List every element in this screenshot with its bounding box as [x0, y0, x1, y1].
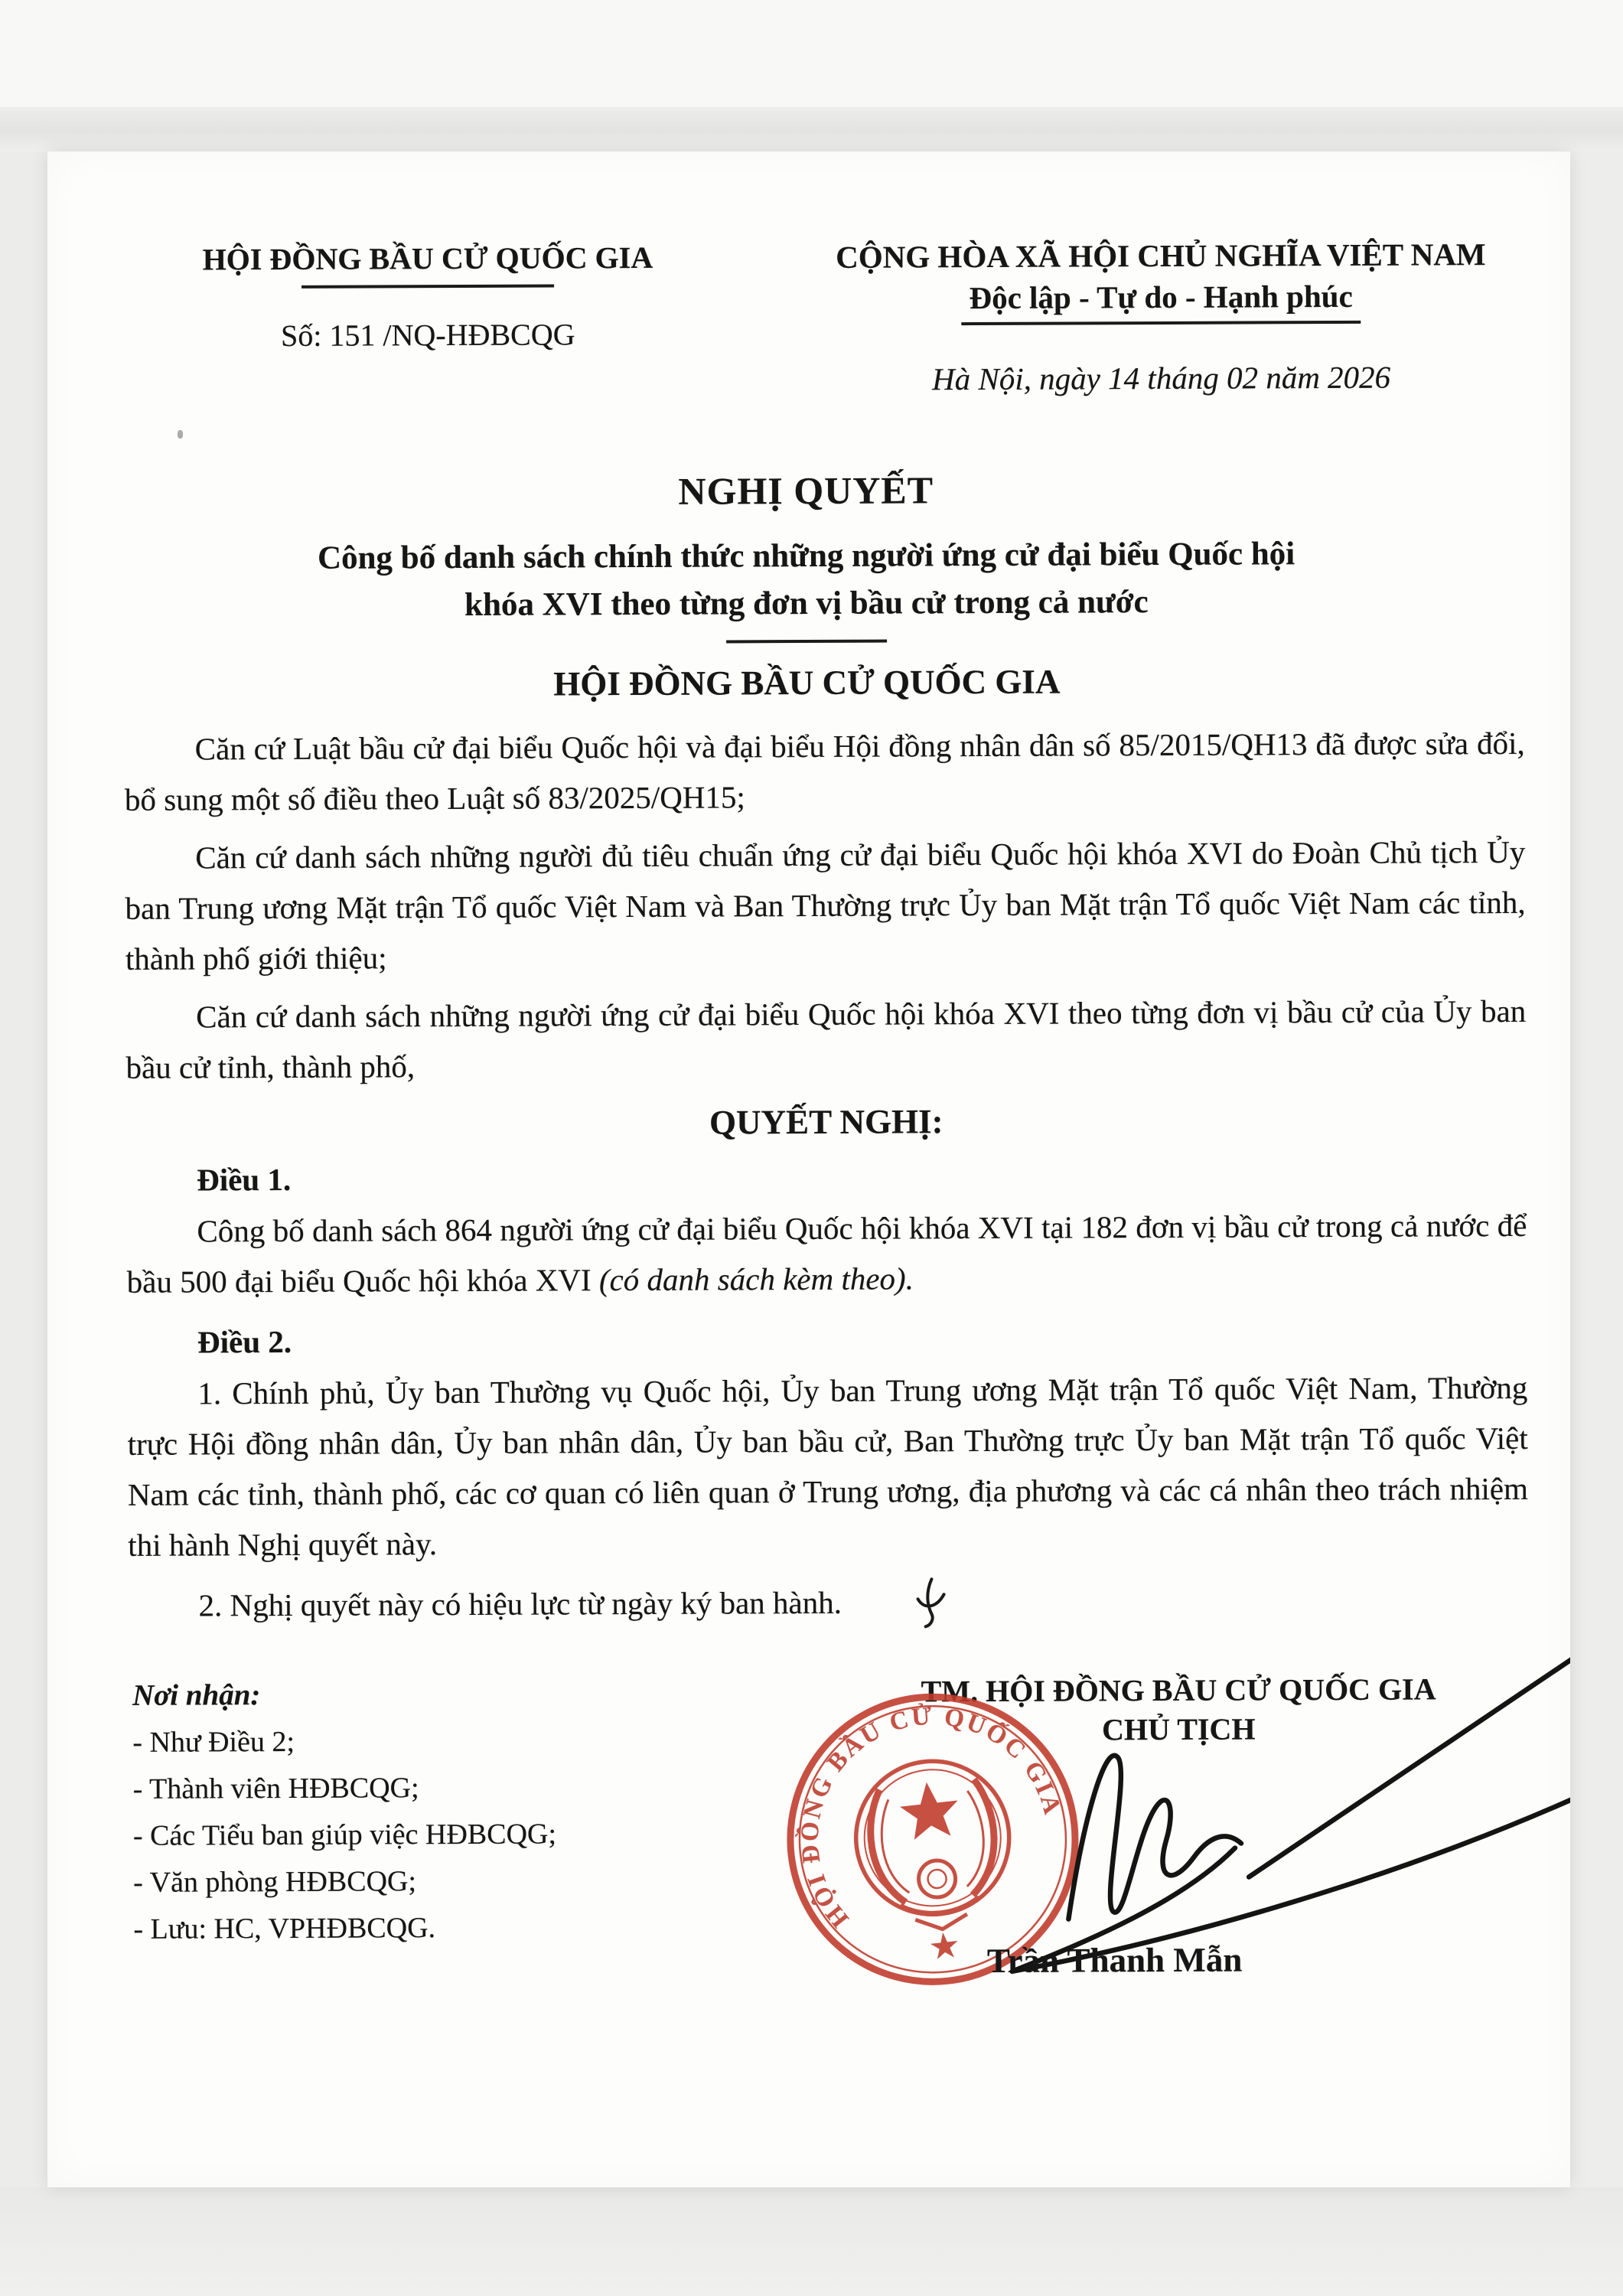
signature-and-recipients-row: Nơi nhận: - Như Điều 2; - Thành viên HĐB…: [50, 1669, 1570, 2151]
article-2-clause-2: 2. Nghị quyết này có hiệu lực từ ngày ký…: [128, 1572, 1528, 1648]
article-1-italic-note: (có danh sách kèm theo).: [599, 1261, 914, 1297]
place-and-date: Hà Nội, ngày 14 tháng 02 năm 2026: [779, 358, 1544, 398]
preamble-paragraph: Căn cứ danh sách những người đủ tiêu chu…: [125, 827, 1526, 984]
issuing-authority-block: HỘI ĐỒNG BẦU CỬ QUỐC GIA Số: 151 /NQ-HĐB…: [183, 238, 673, 401]
signature-block: TM. HỘI ĐỒNG BẦU CỬ QUỐC GIA CHỦ TỊCH HỘ…: [738, 1669, 1567, 2148]
decision-heading: QUYẾT NGHỊ:: [126, 1099, 1527, 1145]
national-header-block: CỘNG HÒA XÃ HỘI CHỦ NGHĨA VIỆT NAM Độc l…: [748, 234, 1544, 399]
subtitle-line-1: Công bố danh sách chính thức những người…: [47, 530, 1568, 584]
national-title: CỘNG HÒA XÃ HỘI CHỦ NGHĨA VIỆT NAM: [778, 234, 1543, 277]
photo-background-top: [0, 0, 1623, 107]
recipient-item: - Văn phòng HĐBCQG;: [133, 1857, 739, 1906]
recipients-label: Nơi nhận:: [132, 1672, 738, 1716]
document-body: Căn cứ Luật bầu cử đại biểu Quốc hội và …: [125, 718, 1529, 1648]
recipients-list: - Như Điều 2; - Thành viên HĐBCQG; - Các…: [132, 1717, 739, 1952]
article-1-label: Điều 1.: [126, 1156, 1527, 1199]
signer-name: Trần Thanh Mẫn: [901, 1939, 1329, 1981]
subtitle-line-2: khóa XVI theo từng đơn vị bầu cử trong c…: [47, 577, 1568, 631]
photo-background-bottom: [0, 2187, 1623, 2296]
document-number: Số: 151 /NQ-HĐBCQG: [183, 316, 673, 354]
article-2-clause-2-text: 2. Nghị quyết này có hiệu lực từ ngày ký…: [198, 1585, 842, 1623]
document-subtitle: Công bố danh sách chính thức những người…: [47, 530, 1568, 631]
article-2-label: Điều 2.: [127, 1318, 1527, 1361]
header-underline: [301, 284, 554, 288]
document-title: NGHỊ QUYẾT: [47, 465, 1567, 517]
article-1-text: Công bố danh sách 864 người ứng cử đại b…: [126, 1200, 1527, 1307]
scan-shadow-band: [0, 107, 1623, 152]
handwritten-flourish: [843, 1574, 947, 1645]
recipient-item: - Các Tiểu ban giúp việc HĐBCQG;: [133, 1810, 739, 1859]
recipient-item: - Như Điều 2;: [132, 1717, 738, 1766]
document-header: HỘI ĐỒNG BẦU CỬ QUỐC GIA Số: 151 /NQ-HĐB…: [47, 234, 1567, 402]
national-motto: Độc lập - Tự do - Hạnh phúc: [961, 275, 1360, 325]
recipient-item: - Lưu: HC, VPHĐBCQG.: [133, 1903, 739, 1952]
document-content: HỘI ĐỒNG BẦU CỬ QUỐC GIA Số: 151 /NQ-HĐB…: [47, 152, 1570, 2150]
preamble-paragraph: Căn cứ danh sách những người ứng cử đại …: [125, 986, 1527, 1093]
title-divider: [726, 640, 887, 644]
document-page: HỘI ĐỒNG BẦU CỬ QUỐC GIA Số: 151 /NQ-HĐB…: [47, 152, 1570, 2187]
recipient-item: - Thành viên HĐBCQG;: [133, 1763, 739, 1812]
preamble-paragraph: Căn cứ Luật bầu cử đại biểu Quốc hội và …: [125, 718, 1526, 825]
issuing-authority-name: HỘI ĐỒNG BẦU CỬ QUỐC GIA: [183, 238, 673, 280]
recipients-block: Nơi nhận: - Như Điều 2; - Thành viên HĐB…: [50, 1672, 741, 2150]
photo-background-right: [1569, 152, 1623, 2296]
article-2-clause-1: 1. Chính phủ, Ủy ban Thường vụ Quốc hội,…: [127, 1362, 1528, 1570]
issuer-heading: HỘI ĐỒNG BẦU CỬ QUỐC GIA: [47, 660, 1568, 706]
